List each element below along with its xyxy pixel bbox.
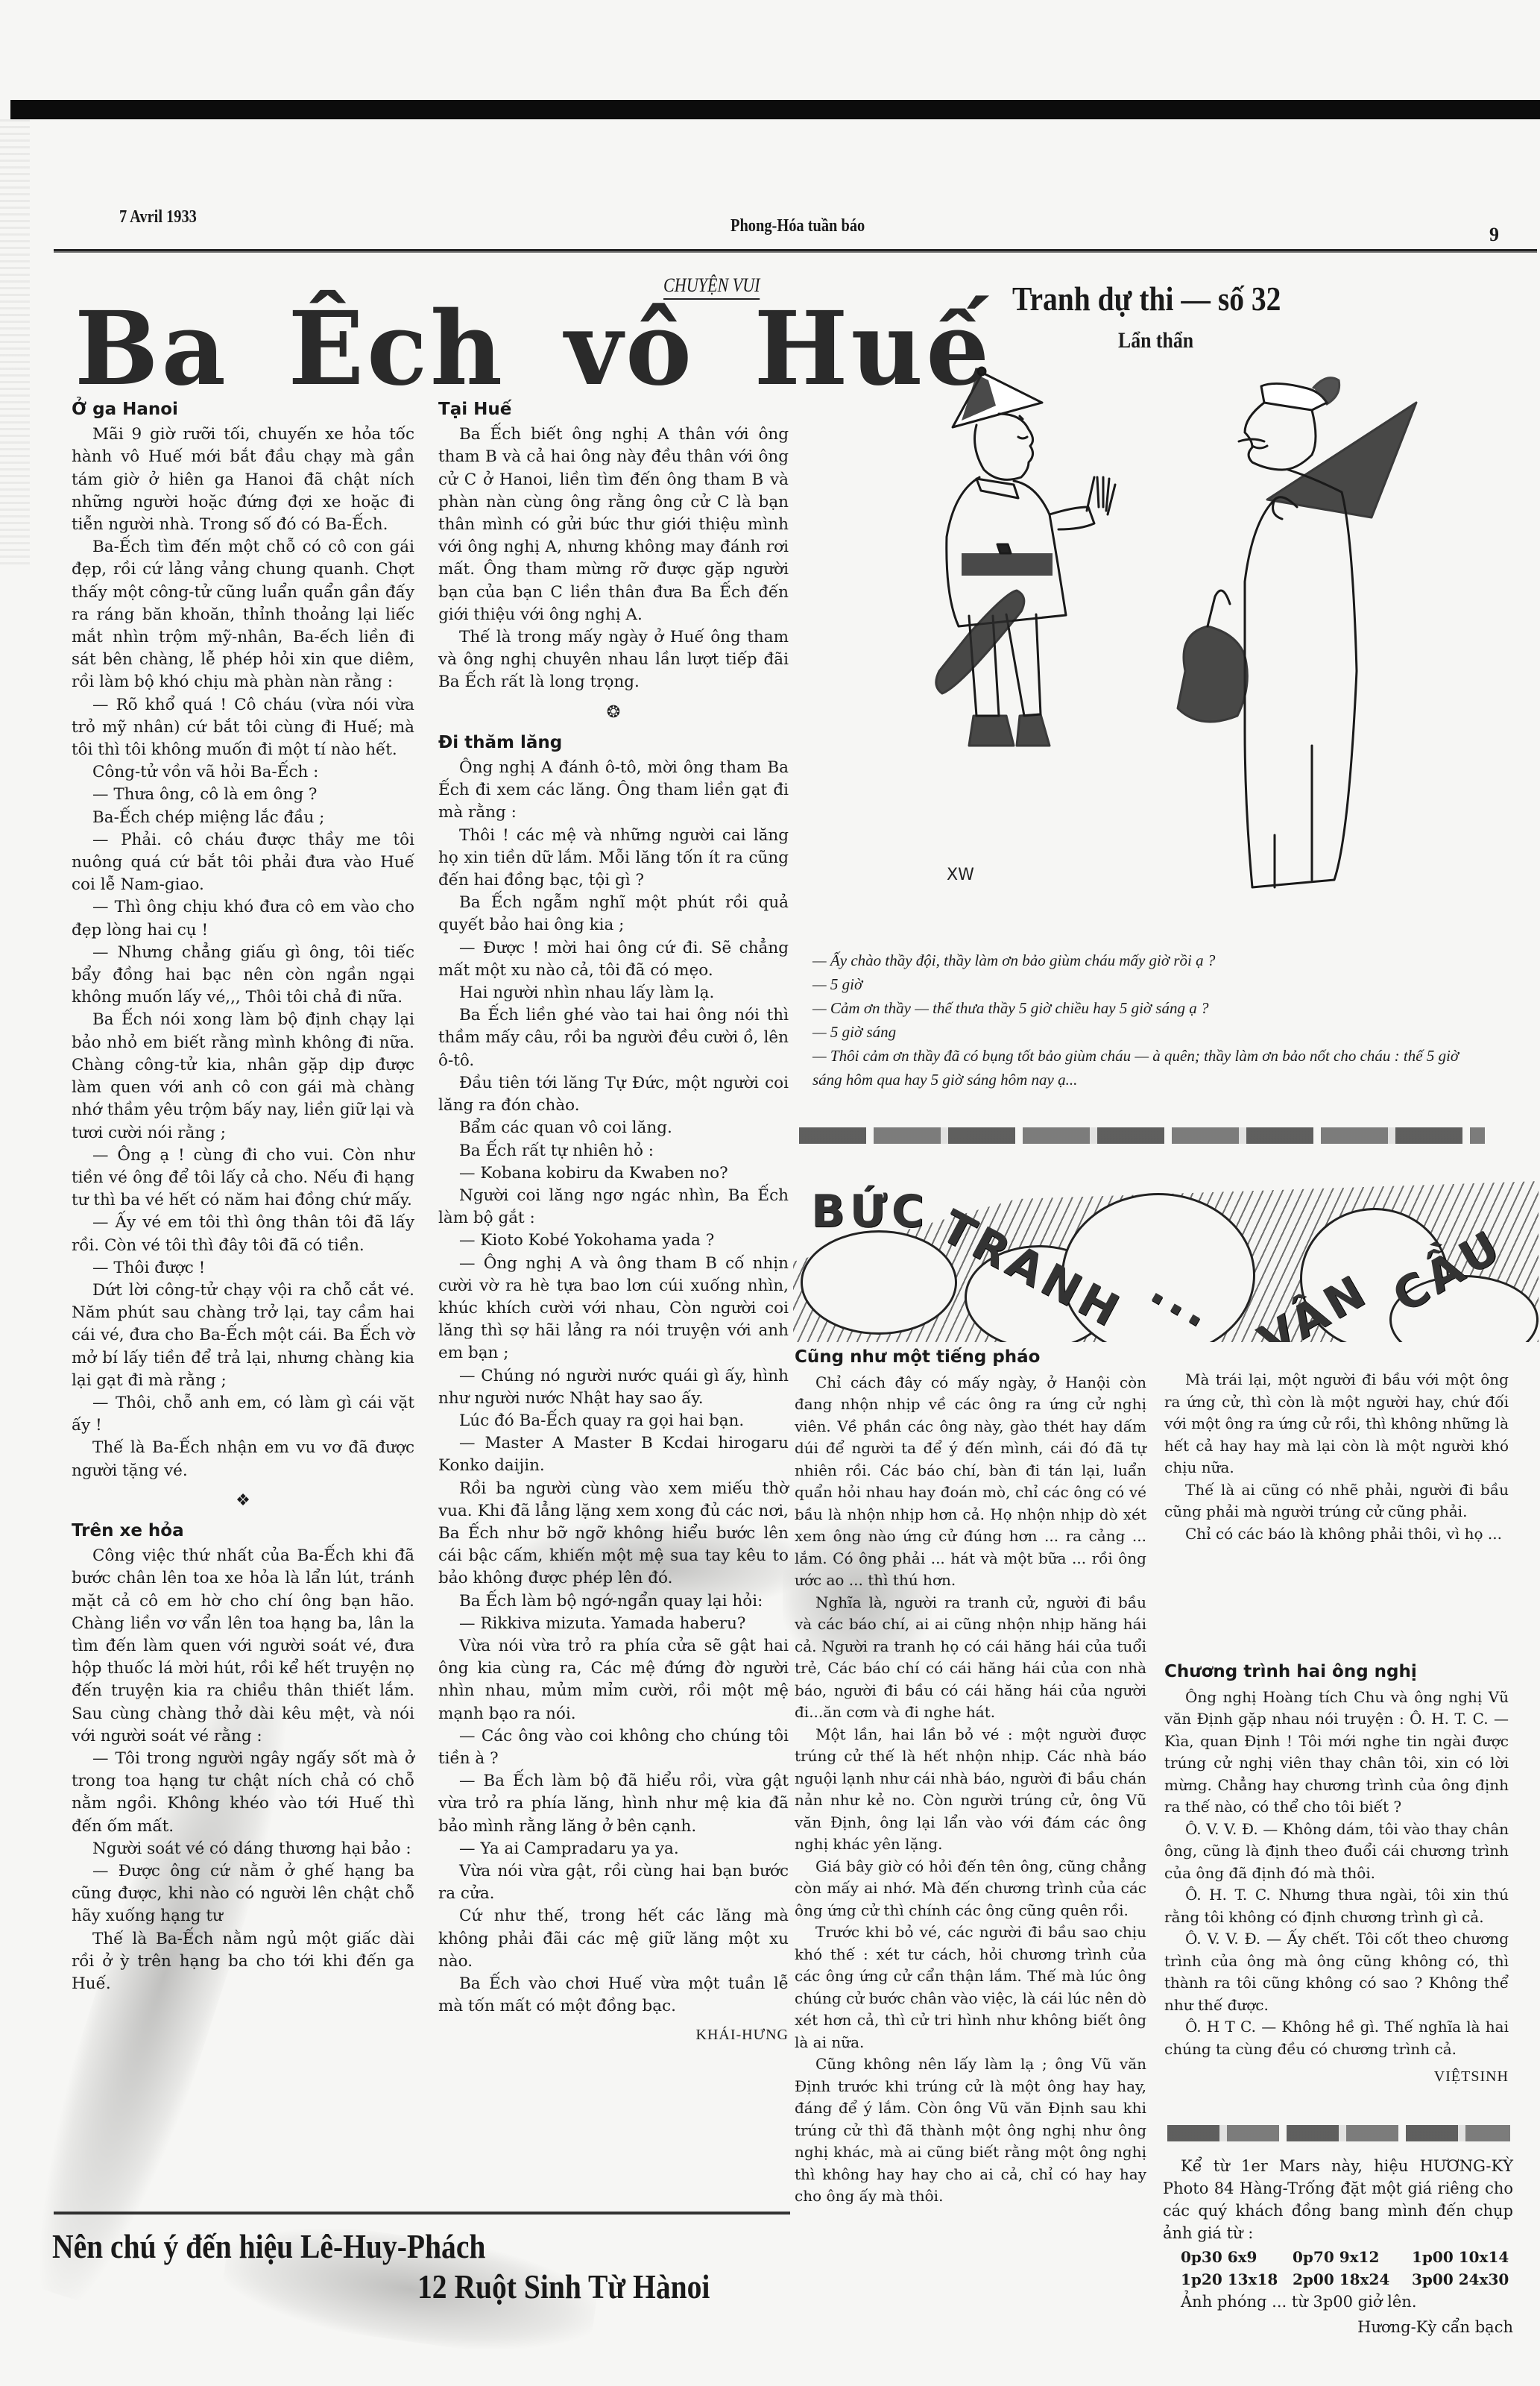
paragraph: — Ấy vé em tôi thì ông thân tôi đã lấy r… <box>72 1212 414 1256</box>
paragraph: Ô. H. T. C. Nhưng thưa ngài, tôi xin thú… <box>1164 1884 1509 1928</box>
paragraph: Lúc đó Ba-Ếch quay ra gọi hai bạn. <box>438 1410 789 1432</box>
paragraph: — Rõ khổ quá ! Cô cháu (vừa nói vừa trỏ … <box>72 694 414 762</box>
section-heading: Trên xe hỏa <box>72 1520 414 1542</box>
paragraph: — Thì ông chịu khó đưa cô em vào cho đẹp… <box>72 896 414 941</box>
price-item: 3p00 24x30 <box>1412 2268 1524 2291</box>
scan-top-border <box>10 100 1540 119</box>
paragraph: Cứ như thế, trong hết các lăng mà không … <box>438 1905 789 1973</box>
price-list: 0p30 6x9 0p70 9x12 1p00 10x14 1p20 13x18… <box>1163 2246 1513 2291</box>
ad-tail: Ảnh phóng ... từ 3p00 giở lên. <box>1163 2291 1513 2313</box>
column-right: Mà trái lại, một người đi bầu với một ôn… <box>1164 1369 1509 2088</box>
paragraph: Ông nghị Hoàng tích Chu và ông nghị Vũ v… <box>1164 1687 1509 1819</box>
price-item: 0p70 9x12 <box>1293 2246 1412 2268</box>
bottom-ad-line-1: Nên chú ý đến hiệu Lê-Huy-Phách <box>52 2226 485 2266</box>
paragraph: Một lần, hai lần bỏ vé : một người được … <box>795 1724 1146 1856</box>
paragraph: — Được ! mời hai ông cứ đi. Sẽ chẳng mất… <box>438 937 789 982</box>
paragraph: Vừa nói vừa gật, rồi cùng hai bạn bước r… <box>438 1860 789 1905</box>
paragraph: Ba Ếch vào chơi Huế vừa một tuần lễ mà t… <box>438 1973 789 2018</box>
cartoon-title: Tranh dự thi — số 32 <box>1012 279 1281 318</box>
ad-signature: Hương-Kỳ cẩn bạch <box>1163 2316 1513 2338</box>
paragraph: Ba-Ếch tìm đến một chỗ có cô con gái đẹp… <box>72 536 414 693</box>
paragraph: Dứt lời công-tử chạy vội ra chỗ cắt vé. … <box>72 1279 414 1392</box>
paragraph: — Master A Master B Kcdai hirogaru Konko… <box>438 1432 789 1477</box>
faded-gap <box>1164 1545 1509 1657</box>
paragraph: Ô. V. V. Đ. — Không dám, tôi vào thay ch… <box>1164 1819 1509 1885</box>
paragraph: Trước khi bỏ vé, các người đi bầu sao ch… <box>795 1921 1146 2053</box>
header-rule <box>54 249 1537 253</box>
paragraph: — Kobana kobiru da Kwaben no? <box>438 1162 789 1185</box>
bottom-ad-line-2: 12 Ruột Sinh Từ Hànoi <box>417 2267 710 2306</box>
story-column-2: Tại Huế Ba Ếch biết ông nghị A thân với … <box>438 394 789 2047</box>
section-heading: Tại Huế <box>438 398 789 421</box>
scan-edge-noise <box>0 119 30 567</box>
section-divider <box>799 1127 1485 1144</box>
paragraph: Vừa nói vừa trỏ ra phía cửa sẽ gật hai ô… <box>438 1635 789 1725</box>
caption-line: — 5 giờ sáng <box>812 1020 1483 1044</box>
paragraph: — Thôi, chỗ anh em, có làm gì cái vặt ấy… <box>72 1392 414 1437</box>
bottom-rule <box>54 2212 790 2215</box>
paragraph: — Chúng nó người nước quái gì ấy, hình n… <box>438 1365 789 1410</box>
paragraph: — Các ông vào coi không cho chúng tôi ti… <box>438 1725 789 1770</box>
paragraph: Người coi lăng ngơ ngác nhìn, Ba Ếch làm… <box>438 1185 789 1230</box>
paragraph: Công-tử vồn vã hỏi Ba-Ếch : <box>72 761 414 784</box>
price-item: 0p30 6x9 <box>1181 2246 1293 2268</box>
cartoon-illustration: XW <box>924 358 1461 925</box>
paragraph: — Tôi trong người ngây ngấy sốt mà ở tro… <box>72 1748 414 1838</box>
paragraph: Thế là Ba-Ếch nhận em vu vơ đã được ngườ… <box>72 1437 414 1482</box>
paragraph: Thế là trong mấy ngày ở Huế ông tham và … <box>438 626 789 694</box>
cartoon-caption: — Ấy chào thầy đội, thầy làm ơn bảo giùm… <box>812 948 1483 1092</box>
paragraph: — Nhưng chẳng giấu gì ông, tôi tiếc bẩy … <box>72 942 414 1010</box>
paragraph: Thôi ! các mệ và những người cai lăng họ… <box>438 825 789 893</box>
paragraph: Hai người nhìn nhau lấy làm lạ. <box>438 982 789 1004</box>
article-heading: Cũng như một tiếng pháo <box>795 1347 1146 1369</box>
price-item: 1p00 10x14 <box>1412 2246 1524 2268</box>
section-heading: Ở ga Hanoi <box>72 398 414 421</box>
paragraph: Ba Ếch làm bộ ngớ-ngẩn quay lại hỏi: <box>438 1590 789 1613</box>
paragraph: Ba Ếch ngẫm nghĩ một phút rồi quả quyết … <box>438 892 789 937</box>
paragraph: Ba Ếch rất tự nhiên hỏ : <box>438 1140 789 1162</box>
paragraph: Chỉ có các báo là không phải thôi, vì họ… <box>1164 1523 1509 1546</box>
column-left: Cũng như một tiếng pháo Chỉ cách đây có … <box>795 1342 1146 2208</box>
paragraph: — Ông ạ ! cùng đi cho vui. Còn như tiền … <box>72 1145 414 1212</box>
ad-divider <box>1167 2125 1510 2141</box>
article-heading: Chương trình hai ông nghị <box>1164 1661 1509 1684</box>
paragraph: Nghĩa là, người ra tranh cử, người đi bầ… <box>795 1592 1146 1724</box>
artist-mark: XW <box>947 866 974 884</box>
caption-line: — Thôi cảm ơn thầy đã có bụng tốt bảo gi… <box>812 1044 1483 1092</box>
paragraph: Ô. V. V. Đ. — Ấy chết. Tôi cốt theo chươ… <box>1164 1928 1509 2016</box>
photo-studio-ad: Kể từ 1er Mars này, hiệu HƯƠNG-KỲ Photo … <box>1163 2155 1513 2338</box>
issue-date: 7 Avril 1933 <box>119 207 197 227</box>
paragraph: Đầu tiên tới lăng Tự Đức, một người coi … <box>438 1072 789 1117</box>
cartoon-subtitle: Lẩn thẩn <box>1118 328 1193 353</box>
page-number: 9 <box>1489 224 1499 246</box>
ad-text: Kể từ 1er Mars này, hiệu HƯƠNG-KỲ Photo … <box>1163 2155 1513 2244</box>
paragraph: Rồi ba người cùng vào xem miếu thờ vua. … <box>438 1478 789 1590</box>
caption-line: — Ấy chào thầy đội, thầy làm ơn bảo giùm… <box>812 948 1483 972</box>
story-column-1: Ở ga Hanoi Mãi 9 giờ rưỡi tối, chuyến xe… <box>72 394 414 1995</box>
story-author: KHÁI-HƯNG <box>438 2024 789 2046</box>
paragraph: — Ông nghị A và ông tham B cố nhịn cười … <box>438 1253 789 1365</box>
paragraph: Thế là ai cũng có nhẽ phải, người đi bầu… <box>1164 1479 1509 1523</box>
banner-word: BỨC <box>811 1186 929 1238</box>
paragraph: Ô. H T C. — Không hề gì. Thế nghĩa là ha… <box>1164 2016 1509 2060</box>
paragraph: Công việc thứ nhất của Ba-Ếch khi đã bướ… <box>72 1545 414 1748</box>
story-title: Ba Êch vô Huế <box>75 289 992 409</box>
paragraph: Ba Ếch liền ghé vào tai hai ông nói thì … <box>438 1004 789 1072</box>
paragraph: Ba-Ếch chép miệng lắc đầu ; <box>72 807 414 829</box>
paragraph: Người soát vé có dáng thương hại bảo : <box>72 1838 414 1860</box>
paragraph: — Ba Ếch làm bộ đã hiểu rồi, vừa gật vừa… <box>438 1770 789 1838</box>
price-item: 2p00 18x24 <box>1293 2268 1412 2291</box>
paragraph: Thế là Ba-Ếch nằm ngủ một giấc dài rồi ở… <box>72 1928 414 1996</box>
ornament-icon: ❖ <box>72 1490 414 1512</box>
paragraph: — Thưa ông, cô là em ông ? <box>72 784 414 806</box>
paragraph: — Thôi được ! <box>72 1257 414 1279</box>
paragraph: — Kioto Kobé Yokohama yada ? <box>438 1230 789 1252</box>
paragraph: — Phải. cô cháu được thầy me tôi nuông q… <box>72 829 414 897</box>
price-item: 1p20 13x18 <box>1181 2268 1293 2291</box>
article-author: VIỆTSINH <box>1164 2066 1509 2088</box>
ornament-icon: ❂ <box>438 702 789 724</box>
paragraph: Ba Ếch biết ông nghị A thân với ông tham… <box>438 424 789 626</box>
section-heading: Đi thăm lăng <box>438 731 789 754</box>
paragraph: Cũng không nên lấy làm lạ ; ông Vũ văn Đ… <box>795 2053 1146 2208</box>
column-banner: BỨC TRANH ... VÂN CẦU <box>793 1163 1539 1342</box>
paragraph: Ba Ếch nói xong làm bộ định chạy lại bảo… <box>72 1009 414 1144</box>
paragraph: Chỉ cách đây có mấy ngày, ở Hanội còn đa… <box>795 1372 1146 1592</box>
caption-line: — 5 giờ <box>812 972 1483 996</box>
paragraph: Mà trái lại, một người đi bầu với một ôn… <box>1164 1369 1509 1479</box>
paragraph: — Rikkiva mizuta. Yamada haberu? <box>438 1613 789 1635</box>
publication-name: Phong-Hóa tuần báo <box>730 216 865 236</box>
paragraph: Ông nghị A đánh ô-tô, mời ông tham Ba Ếc… <box>438 757 789 825</box>
paragraph: Giá bây giờ có hỏi đến tên ông, cũng chẳ… <box>795 1856 1146 1922</box>
paragraph: Bẩm các quan vô coi lăng. <box>438 1117 789 1139</box>
paragraph: Mãi 9 giờ rưỡi tối, chuyến xe hỏa tốc hà… <box>72 424 414 536</box>
paragraph: — Ya ai Campradaru ya ya. <box>438 1838 789 1860</box>
caption-line: — Cảm ơn thầy — thế thưa thầy 5 giờ chiề… <box>812 996 1483 1020</box>
paragraph: — Được ông cứ nằm ở ghế hạng ba cũng đượ… <box>72 1860 414 1928</box>
